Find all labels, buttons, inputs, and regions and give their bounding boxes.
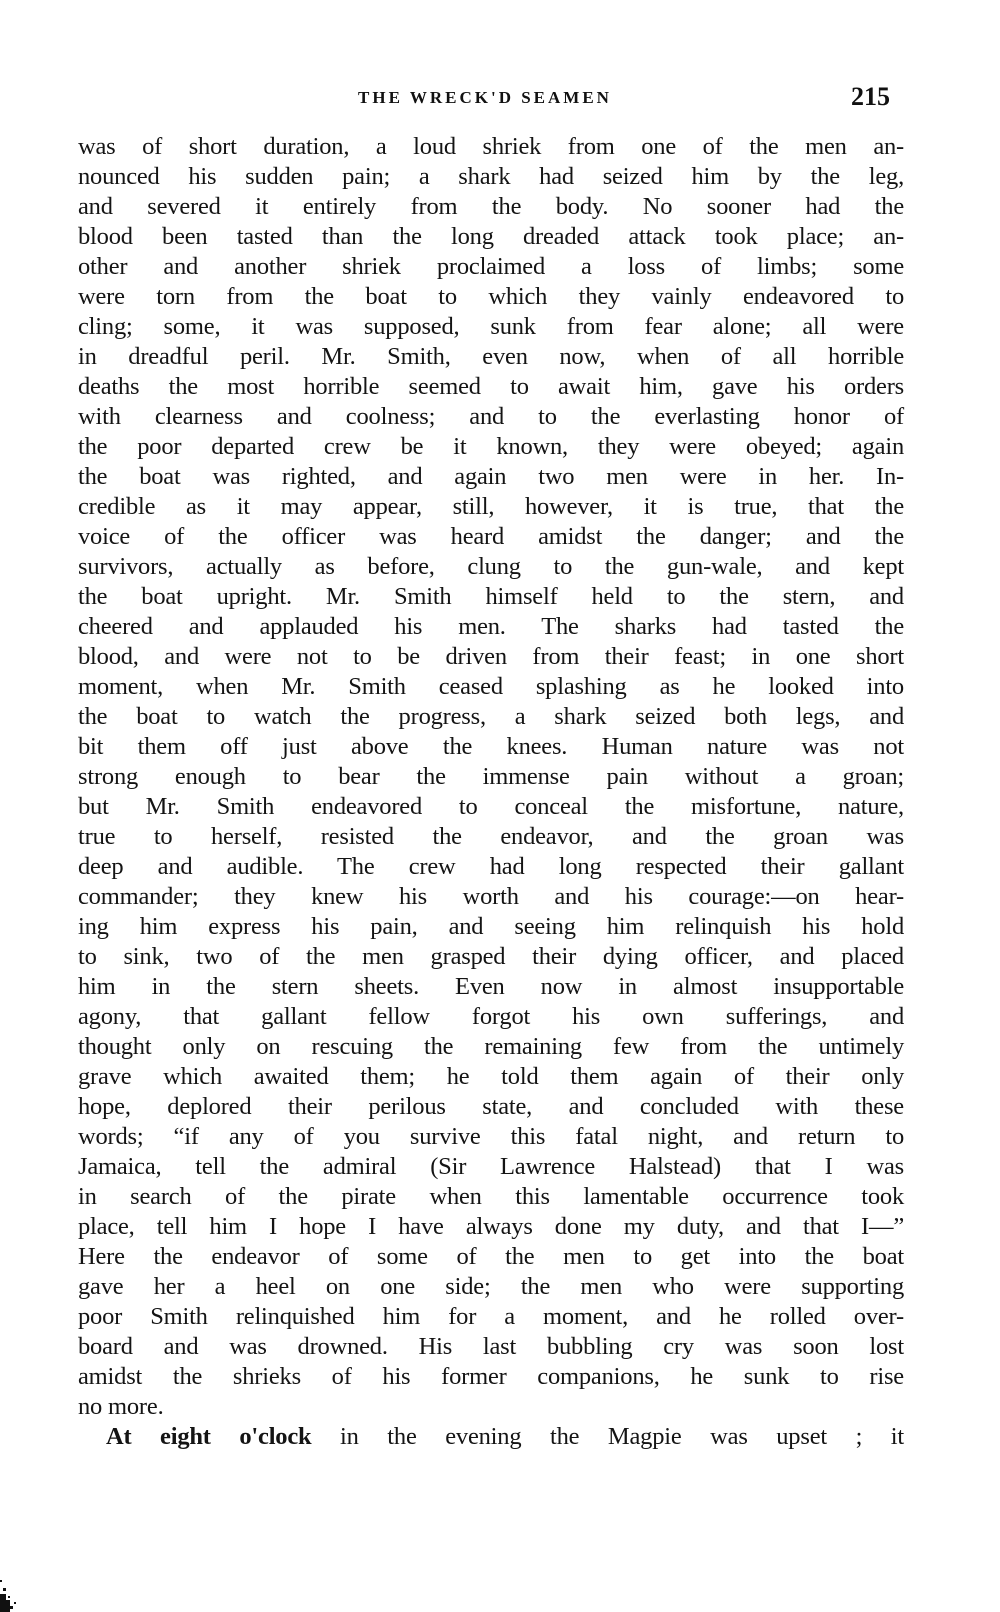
- text-line: blood, and were not to be driven from th…: [78, 642, 904, 672]
- text-line: in dreadful peril. Mr. Smith, even now, …: [78, 342, 904, 372]
- next-paragraph-line: At eight o'clock in the evening the Magp…: [78, 1422, 904, 1452]
- text-line: thought only on rescuing the remaining f…: [78, 1032, 904, 1062]
- text-line: were torn from the boat to which they va…: [78, 282, 904, 312]
- text-line: poor Smith relinquished him for a moment…: [78, 1302, 904, 1332]
- text-line: nounced his sudden pain; a shark had sei…: [78, 162, 904, 192]
- page-number: 215: [851, 82, 890, 112]
- text-line: gave her a heel on one side; the men who…: [78, 1272, 904, 1302]
- text-line: the poor departed crew be it known, they…: [78, 432, 904, 462]
- text-line: ing him express his pain, and seeing him…: [78, 912, 904, 942]
- text-line-paragraph-end: no more.: [78, 1392, 904, 1422]
- text-line: other and another shriek proclaimed a lo…: [78, 252, 904, 282]
- text-line: was of short duration, a loud shriek fro…: [78, 132, 904, 162]
- text-line: credible as it may appear, still, howeve…: [78, 492, 904, 522]
- text-line: in search of the pirate when this lament…: [78, 1182, 904, 1212]
- paragraph-lead-rest: in the evening the Magpie was upset ; it: [311, 1423, 904, 1450]
- scan-artifact-icon: [0, 1572, 40, 1612]
- running-title: THE WRECK'D SEAMEN: [80, 88, 890, 108]
- text-line: bit them off just above the knees. Human…: [78, 732, 904, 762]
- text-line: but Mr. Smith endeavored to conceal the …: [78, 792, 904, 822]
- text-line: cheered and applauded his men. The shark…: [78, 612, 904, 642]
- text-line: amidst the shrieks of his former compani…: [78, 1362, 904, 1392]
- text-line: cling; some, it was supposed, sunk from …: [78, 312, 904, 342]
- text-line: Here the endeavor of some of the men to …: [78, 1242, 904, 1272]
- text-line: words; “if any of you survive this fatal…: [78, 1122, 904, 1152]
- text-line: him in the stern sheets. Even now in alm…: [78, 972, 904, 1002]
- text-line: commander; they knew his worth and his c…: [78, 882, 904, 912]
- text-line: strong enough to bear the immense pain w…: [78, 762, 904, 792]
- text-line: survivors, actually as before, clung to …: [78, 552, 904, 582]
- text-line: with clearness and coolness; and to the …: [78, 402, 904, 432]
- text-line: place, tell him I hope I have always don…: [78, 1212, 904, 1242]
- text-line: moment, when Mr. Smith ceased splashing …: [78, 672, 904, 702]
- body-text: was of short duration, a loud shriek fro…: [78, 132, 904, 1452]
- text-line: deaths the most horrible seemed to await…: [78, 372, 904, 402]
- text-line: true to herself, resisted the endeavor, …: [78, 822, 904, 852]
- text-line: agony, that gallant fellow forgot his ow…: [78, 1002, 904, 1032]
- text-line: hope, deplored their perilous state, and…: [78, 1092, 904, 1122]
- text-line: voice of the officer was heard amidst th…: [78, 522, 904, 552]
- book-page: THE WRECK'D SEAMEN 215 was of short dura…: [0, 0, 1000, 1612]
- text-line: to sink, two of the men grasped their dy…: [78, 942, 904, 972]
- running-head: THE WRECK'D SEAMEN 215: [80, 86, 890, 116]
- text-line: blood been tasted than the long dreaded …: [78, 222, 904, 252]
- text-line: deep and audible. The crew had long resp…: [78, 852, 904, 882]
- paragraph-lead-bold: At eight o'clock: [106, 1423, 311, 1450]
- text-line: the boat upright. Mr. Smith himself held…: [78, 582, 904, 612]
- text-line: grave which awaited them; he told them a…: [78, 1062, 904, 1092]
- text-line: the boat to watch the progress, a shark …: [78, 702, 904, 732]
- text-line: the boat was righted, and again two men …: [78, 462, 904, 492]
- text-line: board and was drowned. His last bubbling…: [78, 1332, 904, 1362]
- text-line: and severed it entirely from the body. N…: [78, 192, 904, 222]
- text-line: Jamaica, tell the admiral (Sir Lawrence …: [78, 1152, 904, 1182]
